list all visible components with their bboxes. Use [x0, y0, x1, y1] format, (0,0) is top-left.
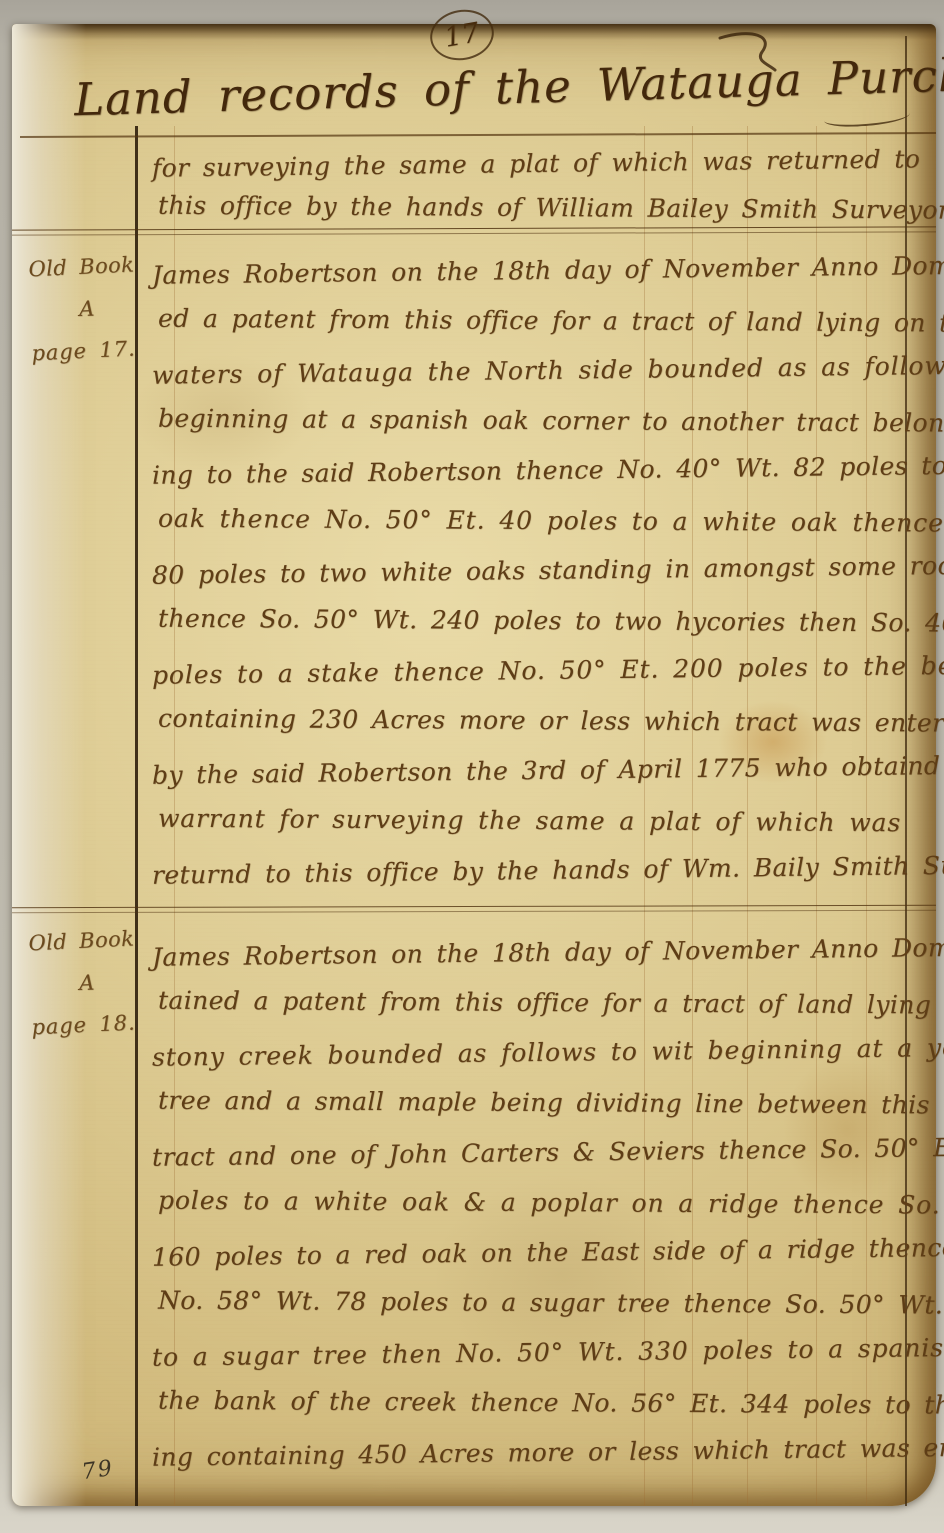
- handwritten-line: containing 230 Acres more or less which …: [158, 694, 926, 749]
- margin-note-old-book-a-page-18: Old Book A page 18.: [28, 918, 134, 1047]
- handwritten-line: waters of Watauga the North side bounded…: [152, 341, 921, 400]
- bottom-pencil-mark: 79: [80, 1456, 115, 1485]
- margin-line: Old Book: [28, 244, 132, 291]
- handwritten-line: poles to a stake thence No. 50° Et. 200 …: [152, 641, 921, 700]
- page-number-value: 17: [442, 17, 482, 54]
- handwritten-line: tree and a small maple being dividing li…: [158, 1076, 930, 1131]
- handwritten-line: James Robertson on the 18th day of Novem…: [152, 923, 925, 982]
- title-flourish: [824, 106, 911, 128]
- header-rule: [20, 132, 936, 138]
- handwritten-line: No. 58° Wt. 78 poles to a sugar tree the…: [158, 1276, 930, 1331]
- handwritten-line: warrant for surveying the same a plat of…: [158, 794, 926, 849]
- handwritten-line: beginning at a spanish oak corner to ano…: [158, 394, 926, 449]
- handwritten-line: for surveying the same a plat of which w…: [152, 137, 918, 190]
- margin-line: A: [35, 286, 138, 331]
- handwritten-line: stony creek bounded as follows to wit be…: [152, 1023, 925, 1082]
- entry-1-body: James Robertson on the 18th day of Novem…: [152, 246, 920, 896]
- entry-2-body: James Robertson on the 18th day of Novem…: [152, 928, 924, 1478]
- margin-line: page 17.: [31, 328, 135, 375]
- handwritten-line: this office by the hands of William Bail…: [158, 184, 924, 233]
- margin-note-old-book-a-page-17: Old Book A page 17.: [28, 244, 134, 373]
- margin-line: Old Book: [28, 918, 132, 965]
- continuation-paragraph: for surveying the same a plat of which w…: [152, 142, 918, 230]
- margin-line: page 18.: [31, 1002, 135, 1049]
- handwritten-line: by the said Robertson the 3rd of April 1…: [152, 741, 921, 800]
- handwritten-line: ing containing 450 Acres more or less wh…: [152, 1423, 925, 1482]
- page-number: 17: [426, 5, 498, 65]
- margin-line: A: [35, 960, 138, 1005]
- handwritten-line: poles to a white oak & a poplar on a rid…: [158, 1176, 930, 1231]
- handwritten-line: the bank of the creek thence No. 56° Et.…: [158, 1376, 930, 1431]
- handwritten-line: 160 poles to a red oak on the East side …: [152, 1223, 925, 1282]
- handwritten-line: tract and one of John Carters & Seviers …: [152, 1123, 925, 1182]
- handwritten-line: to a sugar tree then No. 50° Wt. 330 pol…: [152, 1323, 925, 1382]
- page-title: Land records of the Watauga Purchase: [73, 51, 884, 127]
- handwritten-line: oak thence No. 50° Et. 40 poles to a whi…: [158, 494, 926, 549]
- handwritten-line: ed a patent from this office for a tract…: [158, 294, 926, 349]
- handwritten-line: ing to the said Robertson thence No. 40°…: [152, 441, 921, 500]
- handwritten-line: tained a patent from this office for a t…: [158, 976, 930, 1031]
- manuscript-page: 17 Land records of the Watauga Purchase …: [12, 24, 936, 1506]
- handwritten-line: 80 poles to two white oaks standing in a…: [152, 541, 921, 600]
- handwritten-line: thence So. 50° Wt. 240 poles to two hyco…: [158, 594, 926, 649]
- handwritten-line: James Robertson on the 18th day of Novem…: [152, 241, 921, 300]
- handwritten-line: returnd to this office by the hands of W…: [152, 841, 921, 900]
- left-margin-rule: [135, 126, 138, 1506]
- scanned-document: { "page": { "page_number": "17", "title"…: [0, 0, 944, 1533]
- section-divider-rule: [12, 905, 936, 913]
